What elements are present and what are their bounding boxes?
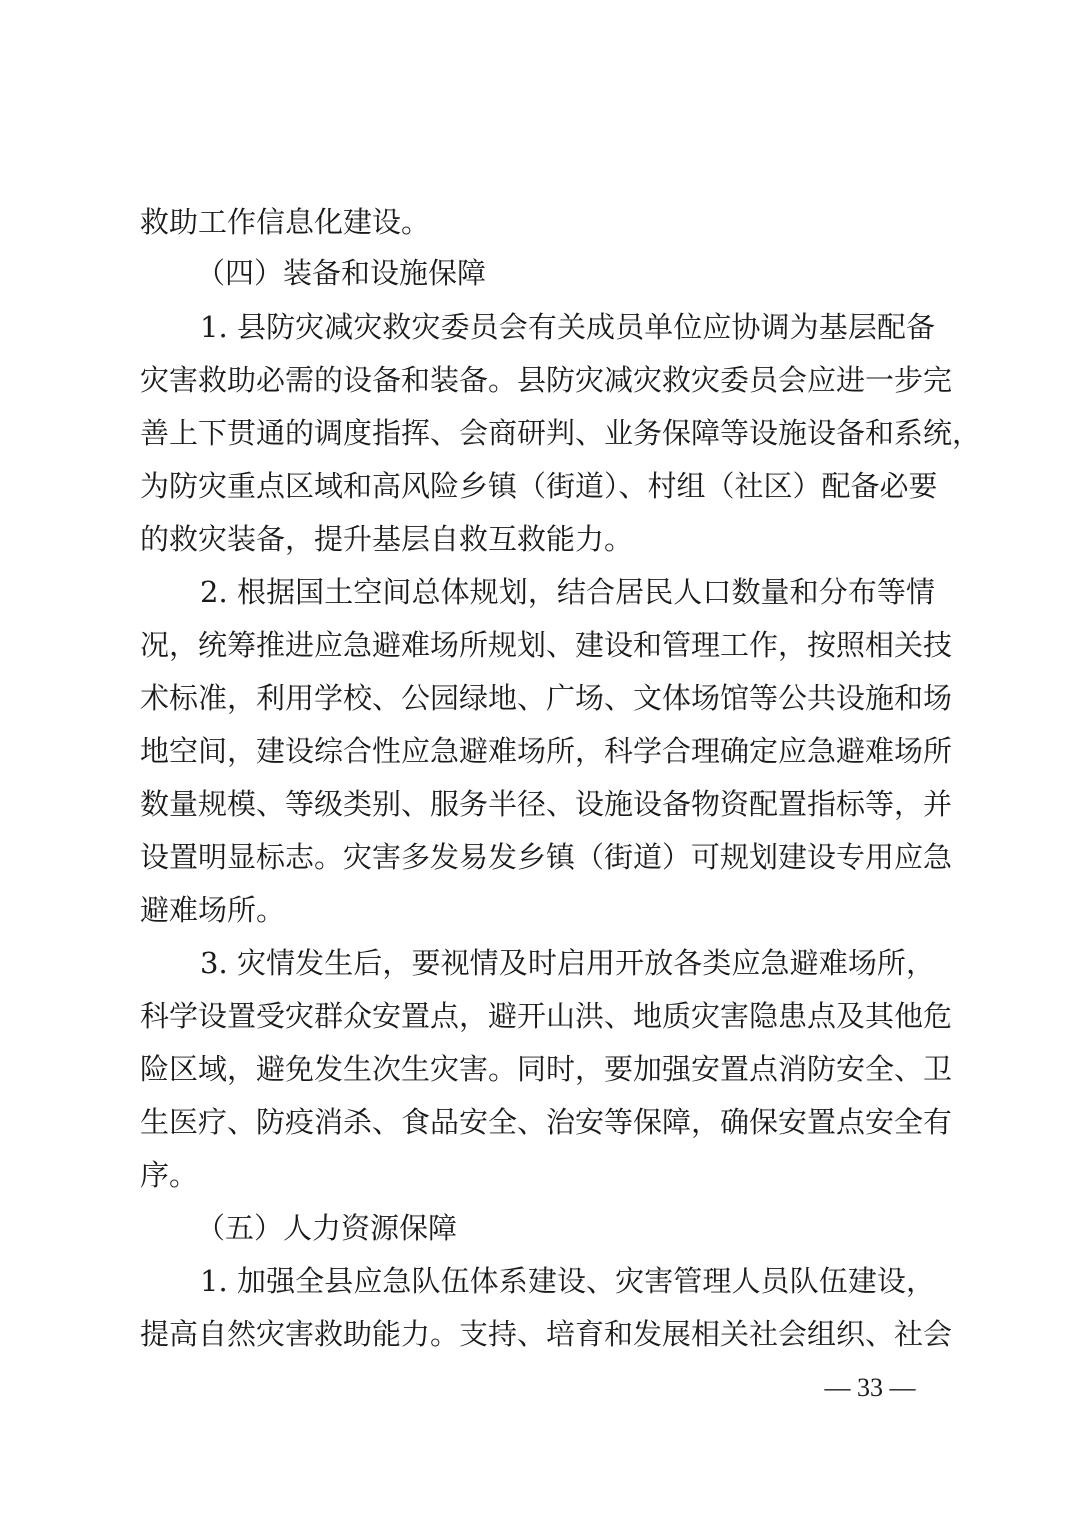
paragraph-line: 的救灾装备，提升基层自救互救能力。 xyxy=(140,519,935,559)
paragraph-line: 生医疗、防疫消杀、食品安全、治安等保障，确保安置点安全有 xyxy=(140,1102,935,1142)
paragraph-line: 科学设置受灾群众安置点，避开山洪、地质灾害隐患点及其他危 xyxy=(140,996,935,1036)
paragraph-line: 救助工作信息化建设。 xyxy=(140,202,935,242)
paragraph-line: 灾害救助必需的设备和装备。县防灾减灾救灾委员会应进一步完 xyxy=(140,360,935,400)
section-heading-equipment: （四）装备和设施保障 xyxy=(196,253,931,293)
paragraph-line: 2. 根据国土空间总体规划，结合居民人口数量和分布等情 xyxy=(200,572,935,612)
paragraph-line: 1. 加强全县应急队伍体系建设、灾害管理人员队伍建设， xyxy=(200,1261,935,1301)
paragraph-line: 设置明显标志。灾害多发易发乡镇（街道）可规划建设专用应急 xyxy=(140,837,935,877)
paragraph-line: 提高自然灾害救助能力。支持、培育和发展相关社会组织、社会 xyxy=(140,1314,935,1354)
paragraph-line: 3. 灾情发生后，要视情及时启用开放各类应急避难场所， xyxy=(200,943,935,983)
paragraph-line: 地空间，建设综合性应急避难场所，科学合理确定应急避难场所 xyxy=(140,731,935,771)
section-heading-human-resources: （五）人力资源保障 xyxy=(196,1208,931,1248)
paragraph-line: 数量规模、等级类别、服务半径、设施设备物资配置指标等，并 xyxy=(140,784,935,824)
paragraph-line: 善上下贯通的调度指挥、会商研判、业务保障等设施设备和系统， xyxy=(140,413,935,453)
paragraph-line: 序。 xyxy=(140,1155,935,1195)
page-number: — 33 — xyxy=(815,1368,925,1408)
paragraph-line: 况，统筹推进应急避难场所规划、建设和管理工作，按照相关技 xyxy=(140,625,935,665)
paragraph-line: 术标准，利用学校、公园绿地、广场、文体场馆等公共设施和场 xyxy=(140,678,935,718)
document-page: 救助工作信息化建设。 （四）装备和设施保障 1. 县防灾减灾救灾委员会有关成员单… xyxy=(0,0,1074,1520)
paragraph-line: 避难场所。 xyxy=(140,890,935,930)
paragraph-line: 1. 县防灾减灾救灾委员会有关成员单位应协调为基层配备 xyxy=(200,307,935,347)
paragraph-line: 险区域，避免发生次生灾害。同时，要加强安置点消防安全、卫 xyxy=(140,1049,935,1089)
paragraph-line: 为防灾重点区域和高风险乡镇（街道）、村组（社区）配备必要 xyxy=(140,466,935,506)
